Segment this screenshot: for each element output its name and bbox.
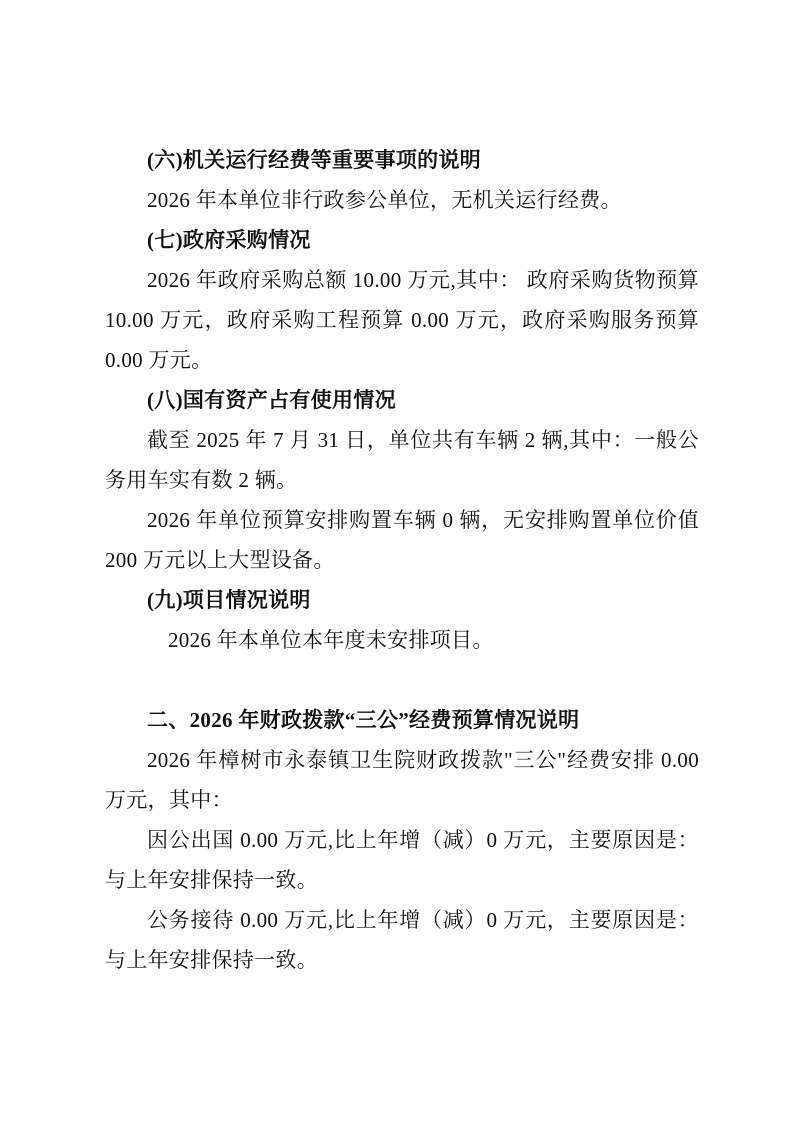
paragraph: 截至 2025 年 7 月 31 日，单位共有车辆 2 辆,其中：一般公务用车实… bbox=[105, 420, 699, 500]
section-heading: (六)机关运行经费等重要事项的说明 bbox=[105, 140, 699, 180]
document-page: (六)机关运行经费等重要事项的说明2026 年本单位非行政参公单位，无机关运行经… bbox=[0, 0, 793, 1122]
document-content: (六)机关运行经费等重要事项的说明2026 年本单位非行政参公单位，无机关运行经… bbox=[105, 140, 699, 980]
paragraph: 2026 年樟树市永泰镇卫生院财政拨款"三公"经费安排 0.00 万元，其中： bbox=[105, 740, 699, 820]
blank-line bbox=[105, 660, 699, 700]
paragraph: 2026 年政府采购总额 10.00 万元,其中： 政府采购货物预算 10.00… bbox=[105, 260, 699, 380]
section-heading: (九)项目情况说明 bbox=[105, 580, 699, 620]
section-heading: (八)国有资产占有使用情况 bbox=[105, 380, 699, 420]
section-heading: 二、2026 年财政拨款“三公”经费预算情况说明 bbox=[105, 700, 699, 740]
paragraph: 2026 年本单位非行政参公单位，无机关运行经费。 bbox=[105, 180, 699, 220]
paragraph: 因公出国 0.00 万元,比上年增（减）0 万元，主要原因是：与上年安排保持一致… bbox=[105, 820, 699, 900]
paragraph: 2026 年单位预算安排购置车辆 0 辆，无安排购置单位价值 200 万元以上大… bbox=[105, 500, 699, 580]
section-heading: (七)政府采购情况 bbox=[105, 220, 699, 260]
paragraph: 公务接待 0.00 万元,比上年增（减）0 万元，主要原因是：与上年安排保持一致… bbox=[105, 900, 699, 980]
paragraph: 2026 年本单位本年度未安排项目。 bbox=[105, 620, 699, 660]
